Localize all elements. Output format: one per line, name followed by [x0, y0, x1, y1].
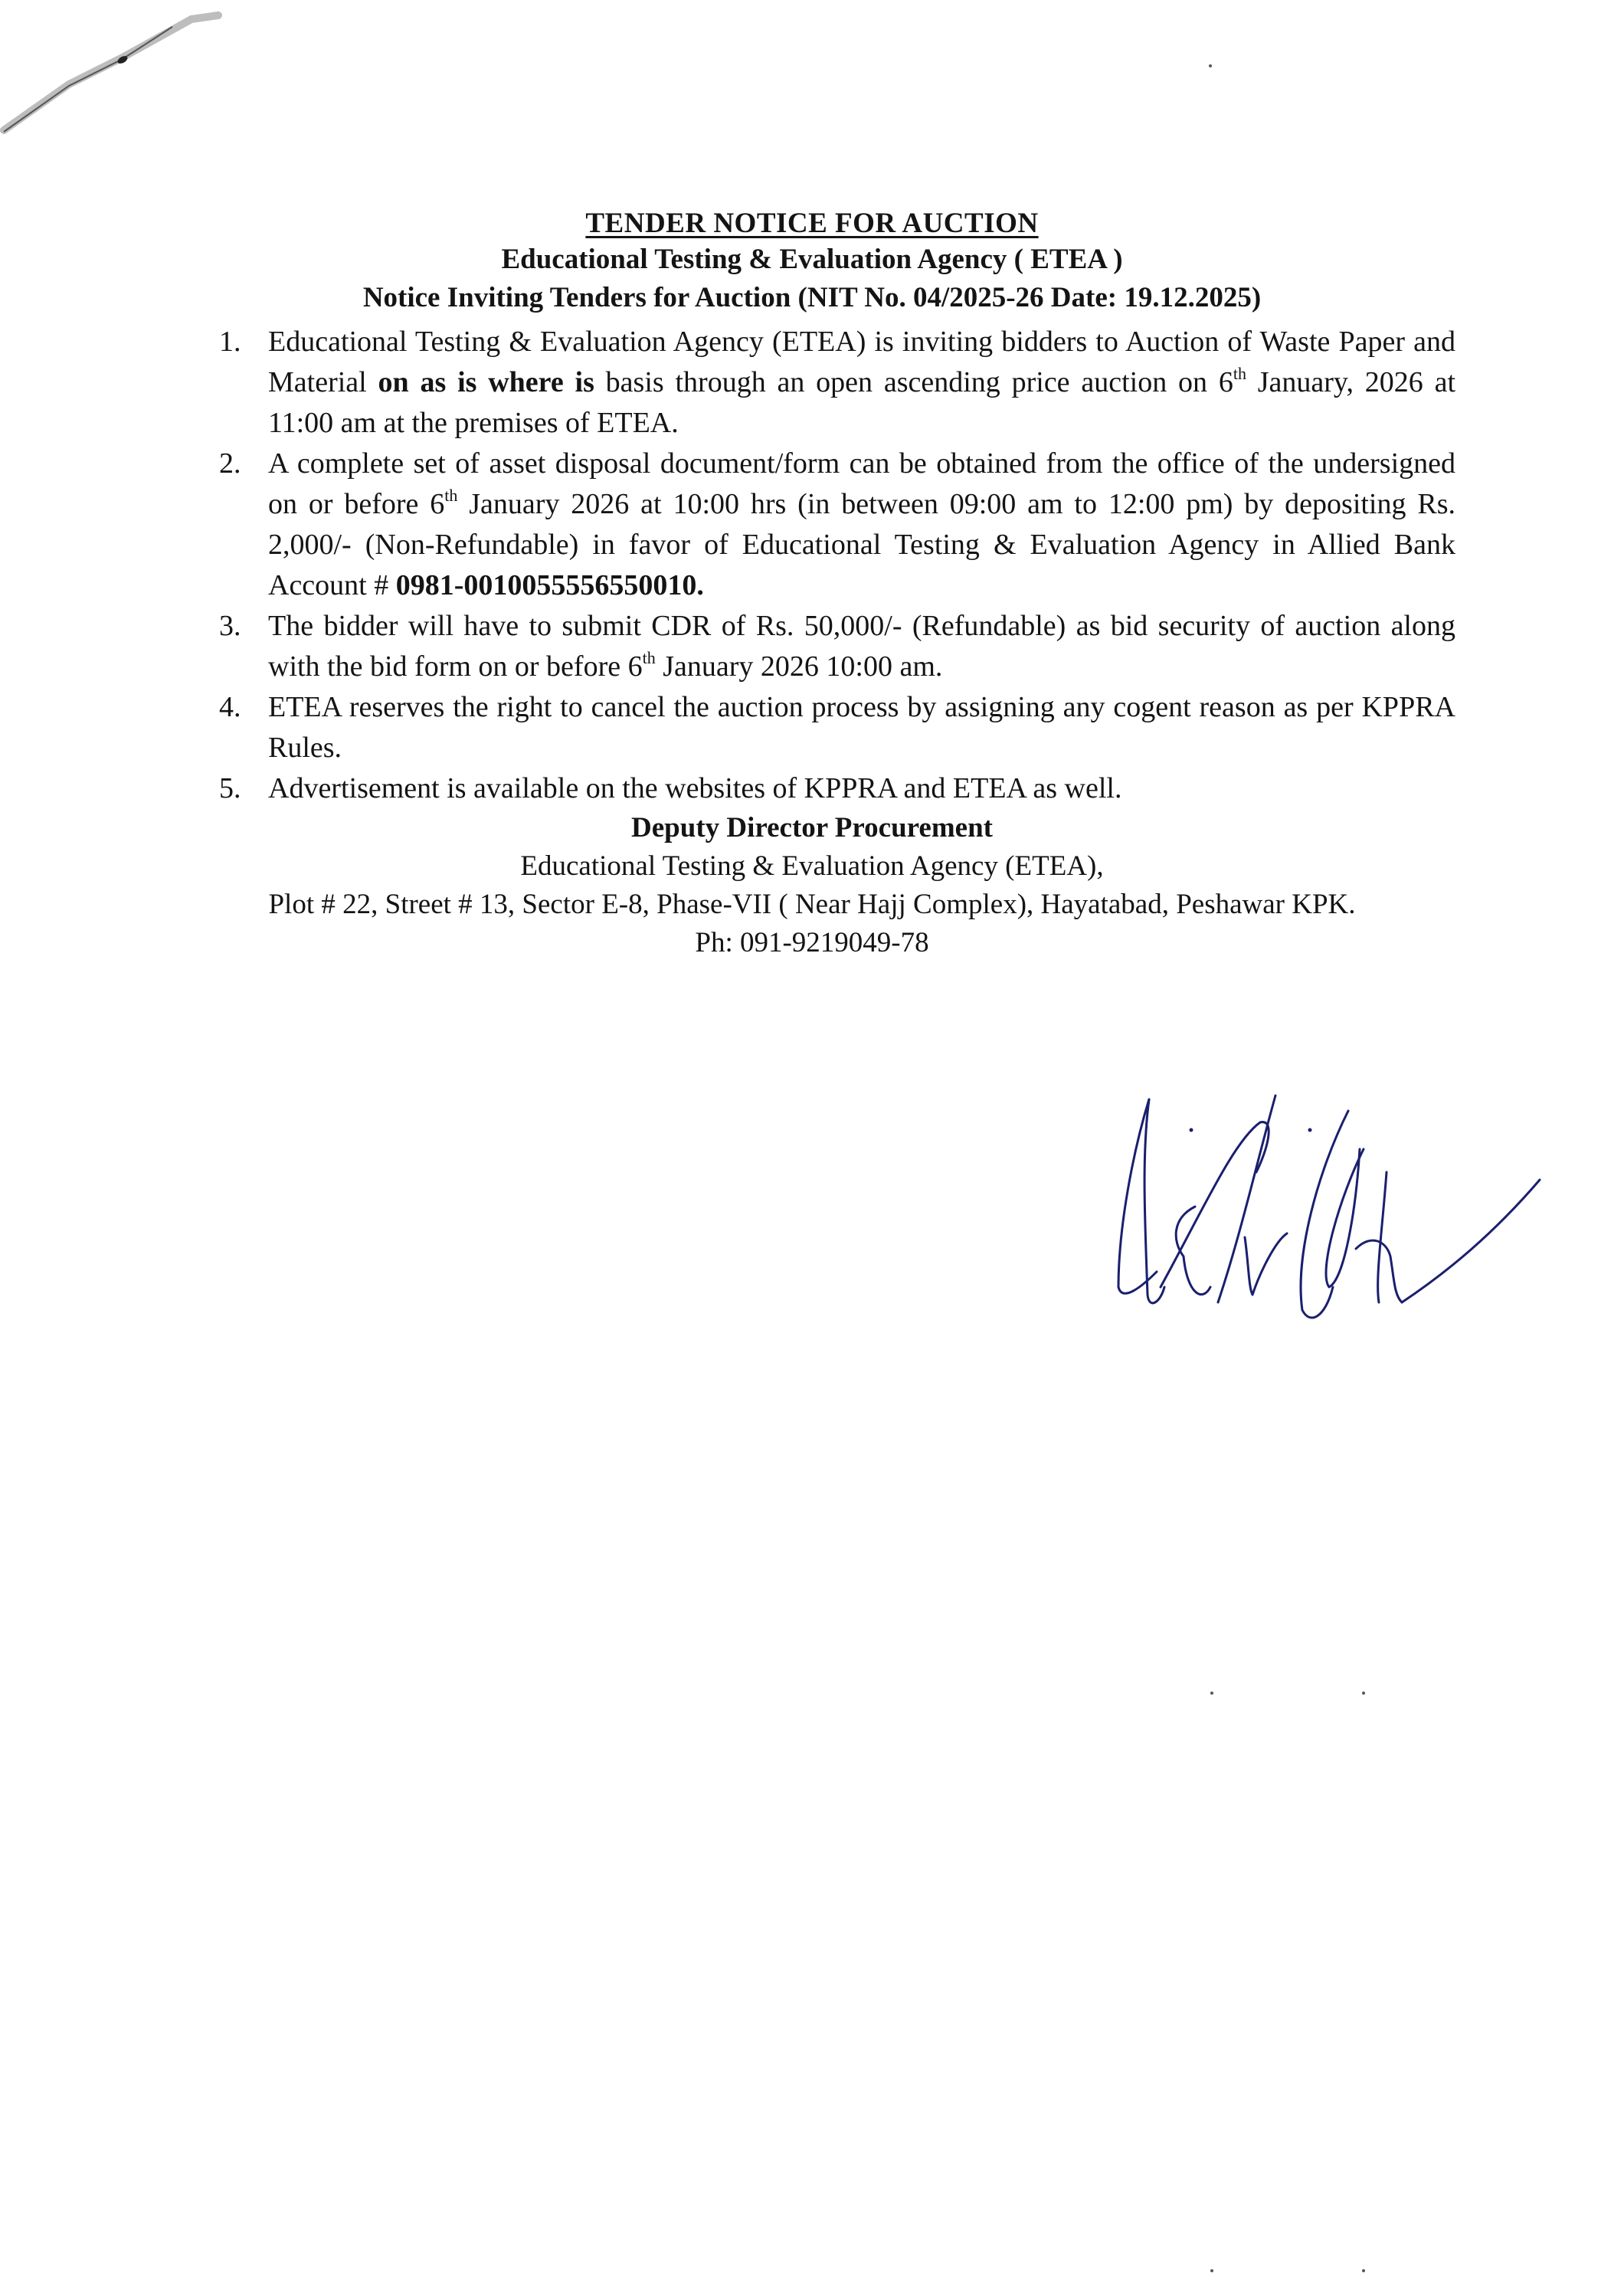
- item-text: ETEA reserves the right to cancel the au…: [268, 691, 1455, 764]
- item-text: January 2026 10:00 am.: [656, 650, 943, 683]
- notice-title: TENDER NOTICE FOR AUCTION: [0, 207, 1624, 241]
- notice-items-list: 1.Educational Testing & Evaluation Agenc…: [207, 322, 1455, 809]
- tender-notice: TENDER NOTICE FOR AUCTION Educational Te…: [0, 207, 1624, 962]
- ordinal-suffix: th: [444, 486, 457, 505]
- item-number: 5.: [219, 768, 241, 809]
- scan-artifact-stroke: [0, 0, 230, 153]
- signatory-organization: Educational Testing & Evaluation Agency …: [0, 847, 1624, 886]
- item-number: 1.: [219, 322, 241, 362]
- notice-item: 4.ETEA reserves the right to cancel the …: [207, 687, 1455, 768]
- notice-header: TENDER NOTICE FOR AUCTION Educational Te…: [0, 207, 1624, 317]
- signatory-phone: Ph: 091-9219049-78: [0, 924, 1624, 962]
- item-number: 4.: [219, 687, 241, 728]
- scan-dot: [1210, 1692, 1213, 1695]
- item-number: 3.: [219, 606, 241, 647]
- signatory-designation: Deputy Director Procurement: [0, 809, 1624, 847]
- emphasized-text: 0981-0010055556550010.: [396, 569, 704, 601]
- scan-dot: [1210, 2269, 1213, 2272]
- item-text: basis through an open ascending price au…: [594, 366, 1233, 398]
- signatory-address: Plot # 22, Street # 13, Sector E-8, Phas…: [0, 886, 1624, 924]
- scan-dot: [1209, 64, 1212, 67]
- signatory-block: Deputy Director Procurement Educational …: [0, 809, 1624, 962]
- scan-dot: [1362, 1692, 1365, 1695]
- item-number: 2.: [219, 444, 241, 484]
- ordinal-suffix: th: [1233, 364, 1246, 383]
- notice-item: 3.The bidder will have to submit CDR of …: [207, 606, 1455, 687]
- notice-item: 1.Educational Testing & Evaluation Agenc…: [207, 322, 1455, 444]
- scan-dot: [1362, 2269, 1365, 2272]
- item-text: Advertisement is available on the websit…: [268, 772, 1121, 804]
- organization-name: Educational Testing & Evaluation Agency …: [0, 241, 1624, 279]
- ordinal-suffix: th: [643, 648, 656, 667]
- signature-image: [1088, 1057, 1563, 1333]
- nit-reference: Notice Inviting Tenders for Auction (NIT…: [0, 279, 1624, 317]
- notice-item: 5.Advertisement is available on the webs…: [207, 768, 1455, 809]
- notice-item: 2.A complete set of asset disposal docum…: [207, 444, 1455, 606]
- emphasized-text: on as is where is: [378, 366, 594, 398]
